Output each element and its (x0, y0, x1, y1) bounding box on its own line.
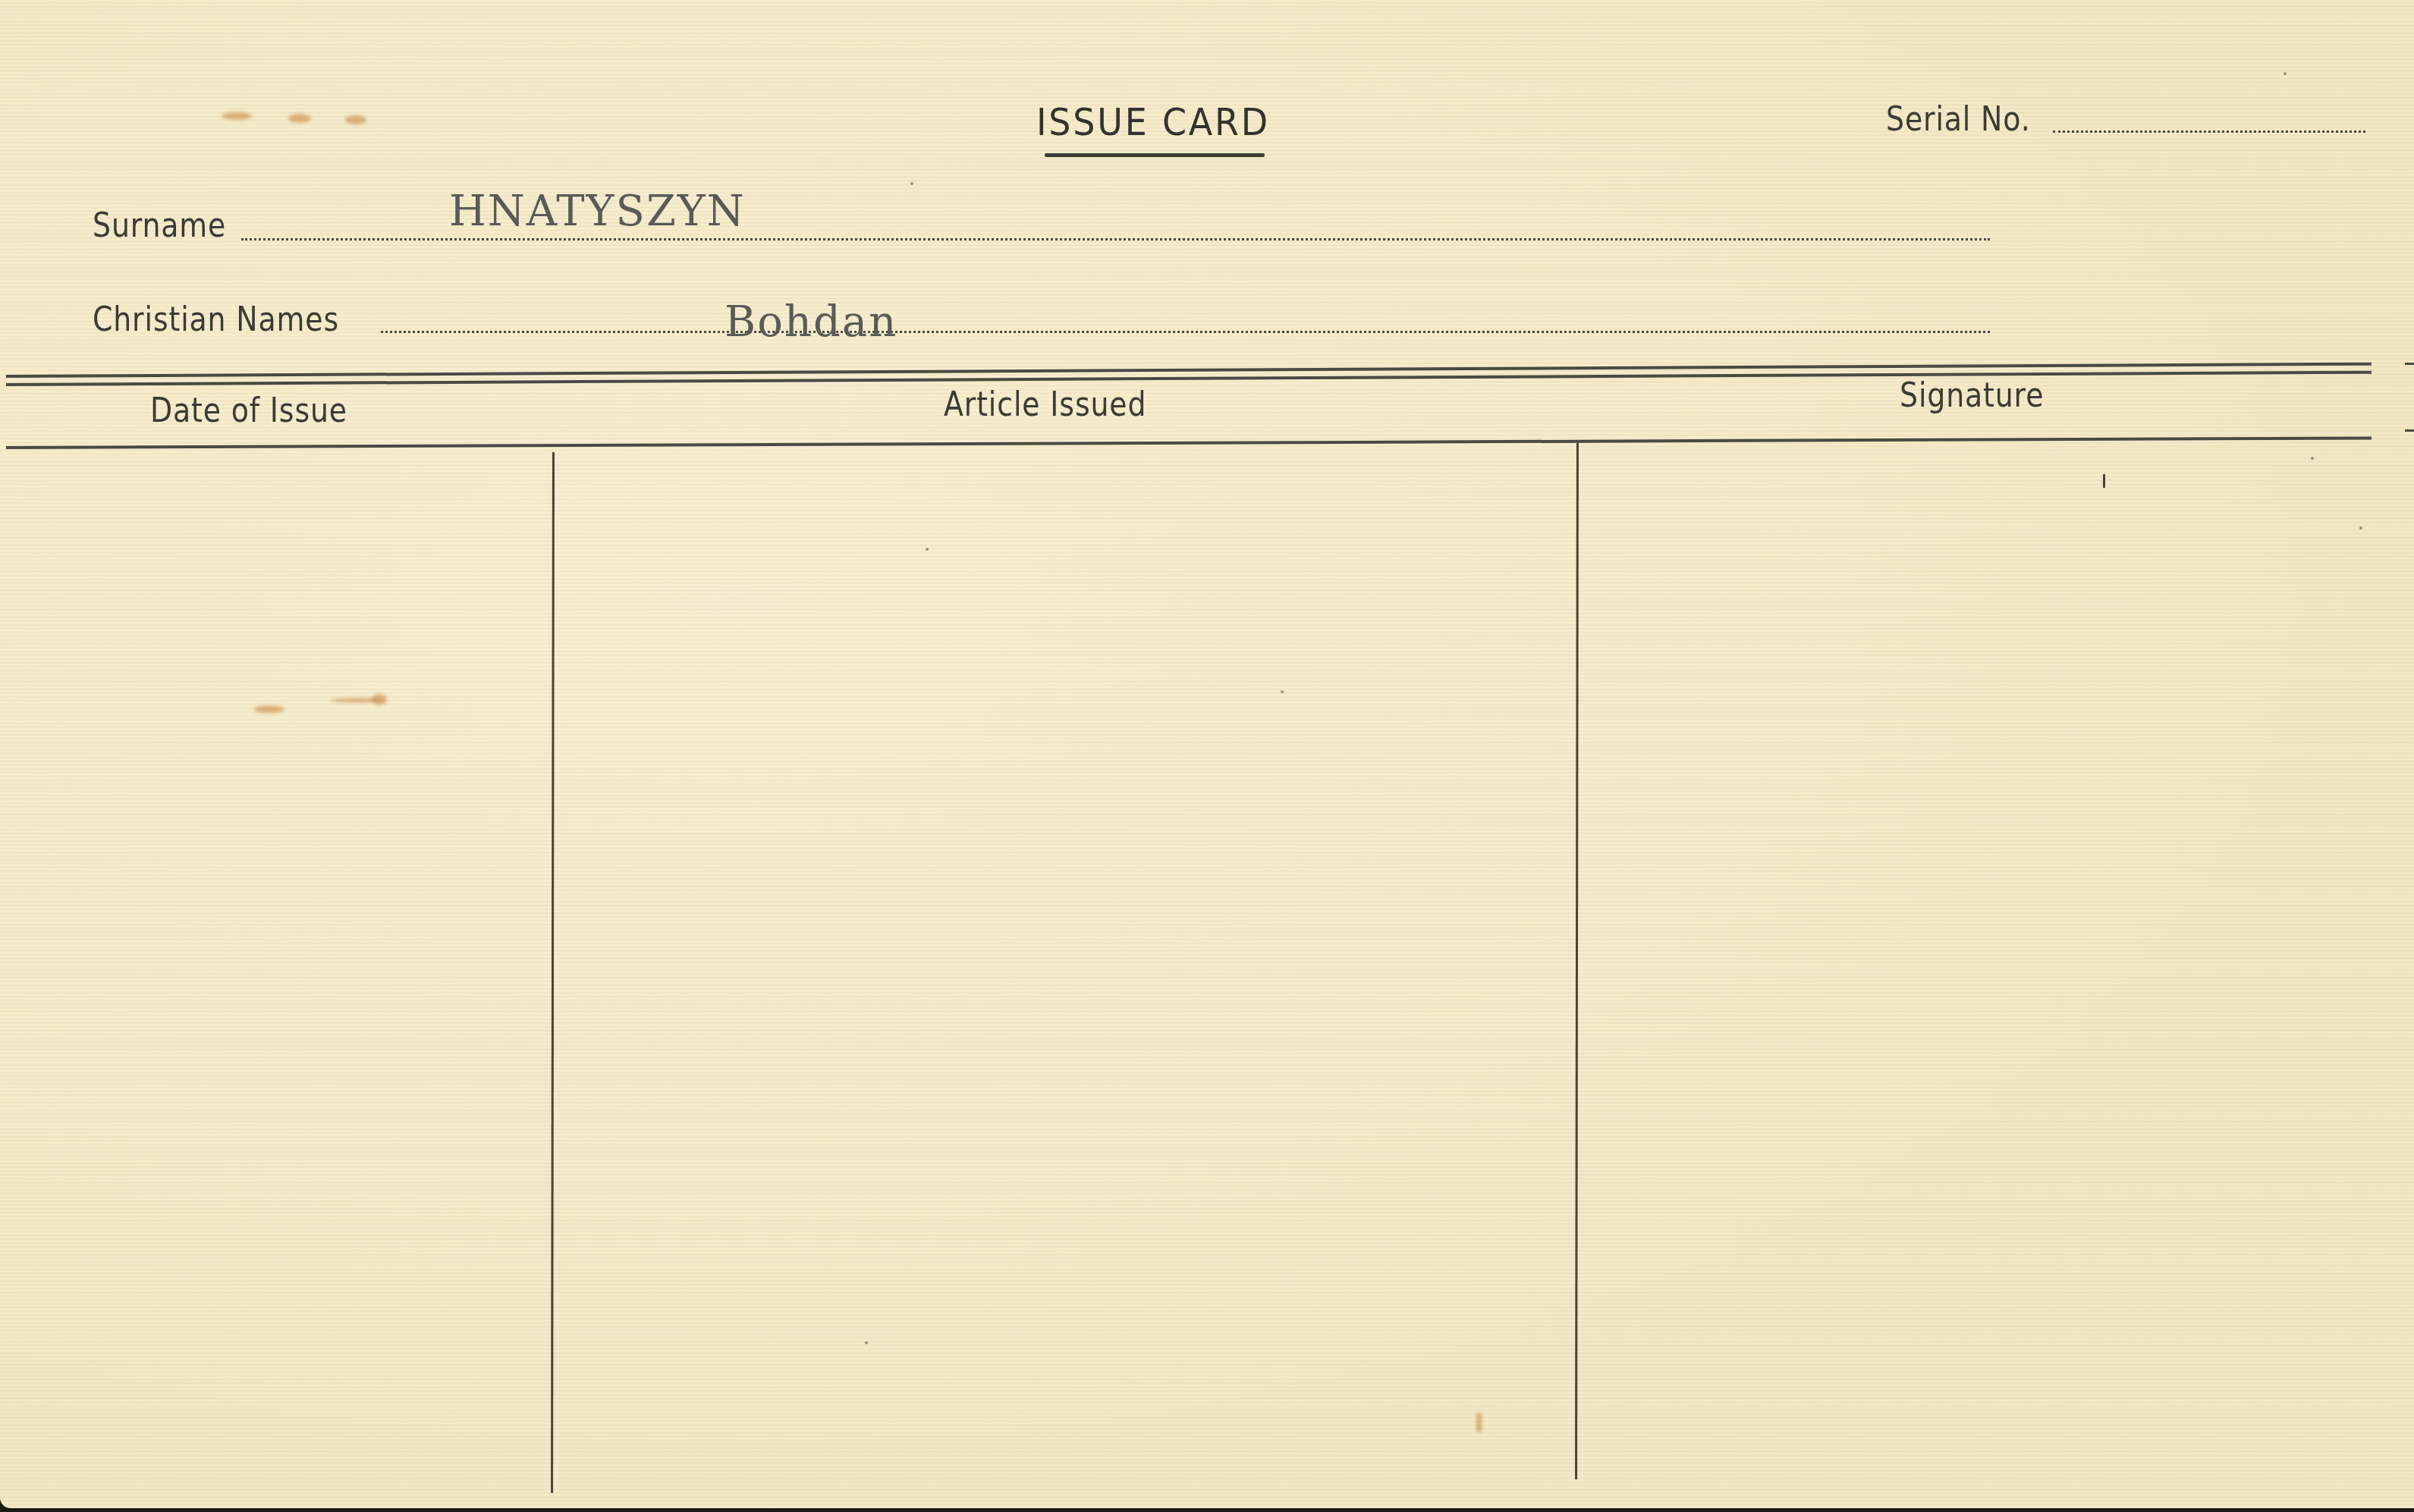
rust-stain-top (222, 112, 252, 120)
serial-no-label: Serial No. (1886, 100, 2031, 139)
column-header-date-of-issue: Date of Issue (150, 391, 347, 430)
rust-stain-top (288, 114, 311, 123)
column-header-signature: Signature (1900, 376, 2044, 415)
scan-edge (0, 1508, 2414, 1512)
christian-names-value[interactable]: Bohdan (725, 297, 897, 347)
surname-value[interactable]: HNATYSZYN (449, 187, 746, 236)
paper-speck (910, 182, 913, 185)
surname-field-line (241, 238, 1990, 240)
christian-names-field-line (381, 331, 1990, 333)
card-title: ISSUE CARD (1036, 100, 1270, 144)
issue-card: ISSUE CARD Serial No. Surname HNATYSZYN … (0, 0, 2414, 1508)
serial-no-field[interactable] (2053, 130, 2365, 133)
rust-stain-top (345, 115, 366, 124)
table-cell-signature[interactable] (1580, 452, 2369, 1484)
title-underline (1045, 153, 1265, 157)
edge-tick (2405, 429, 2414, 432)
column-divider-2 (1575, 443, 1579, 1479)
surname-label: Surname (93, 206, 226, 245)
header-rule (6, 436, 2372, 449)
column-header-article-issued: Article Issued (944, 385, 1146, 424)
table-cell-date-of-issue[interactable] (8, 455, 549, 1495)
column-divider-1 (551, 452, 555, 1493)
table-cell-article-issued[interactable] (556, 455, 1573, 1487)
edge-tick (2405, 363, 2414, 365)
christian-names-label: Christian Names (93, 300, 339, 339)
paper-speck (2284, 72, 2287, 75)
